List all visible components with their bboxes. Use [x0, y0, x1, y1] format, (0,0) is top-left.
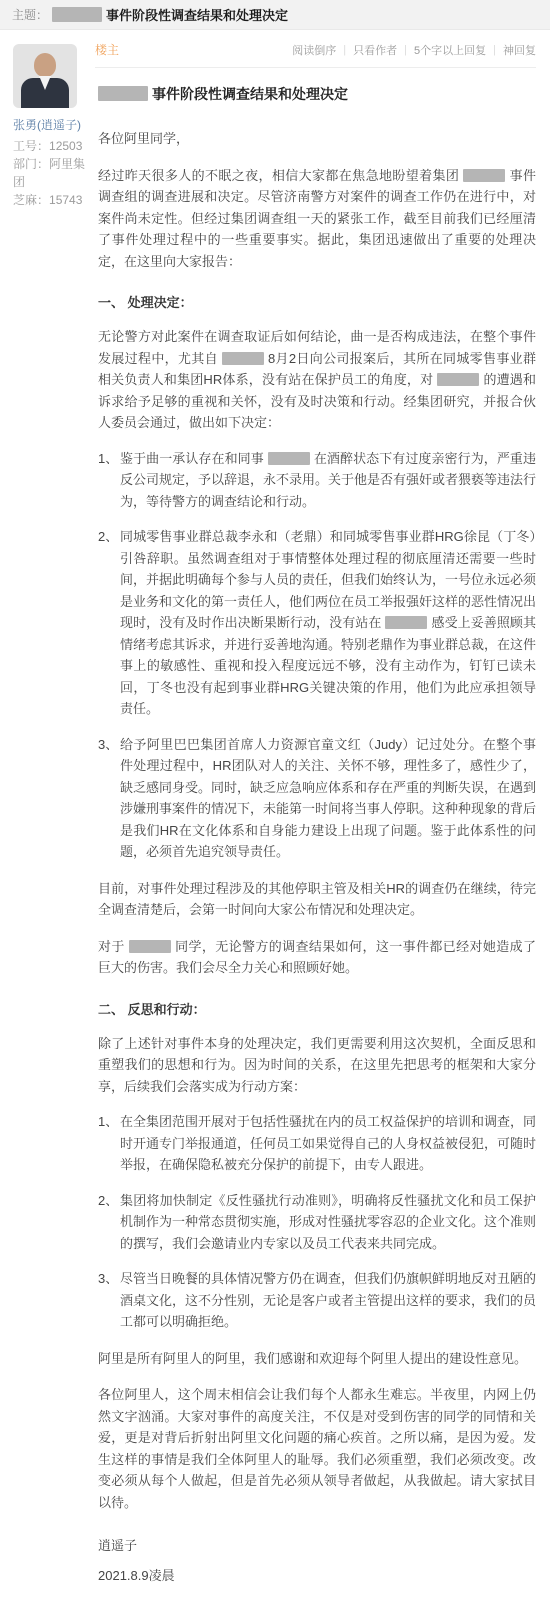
section1-heading: 一、 处理决定： — [98, 292, 536, 311]
action-item-1: 1、 在全集团范围开展对于包括性骚扰在内的员工权益保护的培训和调查，同时开通专门… — [98, 1111, 536, 1176]
item-text: 集团将加快制定《反性骚扰行动准则》，明确将反性骚扰文化和员工保护机制作为一种常态… — [120, 1190, 536, 1255]
subject-bar: 主题： 事件阶段性调查结果和处理决定 — [0, 0, 550, 30]
intro-paragraph: 经过昨天很多人的不眠之夜，相信大家都在焦急地盼望着集团事件调查组的调查进展和决定… — [98, 165, 536, 273]
link-separator: | — [343, 44, 346, 56]
sesame-label: 芝麻： — [13, 193, 49, 207]
post-header: 楼主 阅读倒序 | 只看作者 | 5个字以上回复 | 神回复 — [95, 30, 536, 68]
item-text: 鉴于曲一承认存在和同事在酒醉状态下有过度亲密行为，严重违反公司规定，予以辞退，永… — [120, 448, 536, 513]
link-long-replies[interactable]: 5个字以上回复 — [414, 42, 486, 58]
employee-id-label: 工号： — [13, 139, 49, 153]
item-number: 2、 — [98, 526, 120, 720]
section2-lead: 除了上述针对事件本身的处理决定，我们更需要利用这次契机，全面反思和重塑我们的思想… — [98, 1033, 536, 1098]
main-area: 张勇(逍遥子) 工号：12503 部门：阿里集团 芝麻：15743 楼主 阅读倒… — [0, 30, 550, 1600]
employee-id-value: 12503 — [49, 139, 82, 153]
author-name-link[interactable]: 张勇(逍遥子) — [13, 117, 95, 133]
feedback-welcome-paragraph: 阿里是所有阿里人的阿里，我们感谢和欢迎每个阿里人提出的建设性意见。 — [98, 1348, 536, 1370]
post-title: 事件阶段性调查结果和处理决定 — [98, 84, 536, 104]
floor-badge: 楼主 — [95, 41, 119, 58]
item-number: 1、 — [98, 448, 120, 513]
item-number: 1、 — [98, 1111, 120, 1176]
post-body: 事件阶段性调查结果和处理决定 各位阿里同学， 经过昨天很多人的不眠之夜，相信大家… — [95, 68, 536, 1600]
link-read-order[interactable]: 阅读倒序 — [292, 42, 336, 58]
link-best-replies[interactable]: 神回复 — [503, 42, 536, 58]
decision-item-1: 1、 鉴于曲一承认存在和同事在酒醉状态下有过度亲密行为，严重违反公司规定，予以辞… — [98, 448, 536, 513]
greeting: 各位阿里同学， — [98, 128, 536, 150]
redaction-block — [268, 452, 310, 465]
decision-item-3: 3、 给予阿里巴巴集团首席人力资源官童文红（Judy）记过处分。在整个事件处理过… — [98, 734, 536, 863]
victim-care-paragraph: 对于同学，无论警方的调查结果如何，这一事件都已经对她造成了巨大的伤害。我们会尽全… — [98, 936, 536, 979]
redaction-block — [52, 7, 102, 22]
item-text: 同城零售事业群总裁李永和（老鼎）和同城零售事业群HRG徐昆（丁冬）引咎辞职。虽然… — [120, 526, 536, 720]
section2-heading: 二、 反思和行动： — [98, 999, 536, 1018]
decision-item-2: 2、 同城零售事业群总裁李永和（老鼎）和同城零售事业群HRG徐昆（丁冬）引咎辞职… — [98, 526, 536, 720]
post-date: 2021.8.9凌晨 — [98, 1565, 536, 1600]
item-text: 尽管当日晚餐的具体情况警方仍在调查，但我们仍旗帜鲜明地反对丑陋的酒桌文化，这不分… — [120, 1268, 536, 1333]
action-list: 1、 在全集团范围开展对于包括性骚扰在内的员工权益保护的培训和调查，同时开通专门… — [98, 1111, 536, 1333]
redaction-block — [222, 352, 264, 365]
item-number: 3、 — [98, 734, 120, 863]
closing-paragraph: 各位阿里人，这个周末相信会让我们每个人都永生难忘。半夜里，内网上仍然文字汹涌。大… — [98, 1384, 536, 1513]
avatar[interactable] — [13, 44, 77, 108]
author-sesame-score: 芝麻：15743 — [13, 191, 95, 209]
link-author-only[interactable]: 只看作者 — [353, 42, 397, 58]
decision-list: 1、 鉴于曲一承认存在和同事在酒醉状态下有过度亲密行为，严重违反公司规定，予以辞… — [98, 448, 536, 863]
redaction-block — [437, 373, 479, 386]
author-info: 工号：12503 部门：阿里集团 芝麻：15743 — [13, 137, 95, 209]
redaction-block — [385, 616, 427, 629]
action-item-2: 2、 集团将加快制定《反性骚扰行动准则》，明确将反性骚扰文化和员工保护机制作为一… — [98, 1190, 536, 1255]
link-separator: | — [493, 44, 496, 56]
subject-label: 主题： — [12, 6, 48, 23]
redaction-block — [98, 86, 148, 101]
signature: 逍遥子 — [98, 1535, 536, 1557]
action-item-3: 3、 尽管当日晚餐的具体情况警方仍在调查，但我们仍旗帜鲜明地反对丑陋的酒桌文化，… — [98, 1268, 536, 1333]
ongoing-investigation-paragraph: 目前，对事件处理过程涉及的其他停职主管及相关HR的调查仍在继续，待完全调查清楚后… — [98, 878, 536, 921]
author-employee-id: 工号：12503 — [13, 137, 95, 155]
header-links: 阅读倒序 | 只看作者 | 5个字以上回复 | 神回复 — [292, 42, 536, 58]
link-separator: | — [404, 44, 407, 56]
author-department: 部门：阿里集团 — [13, 155, 95, 191]
avatar-head — [34, 53, 56, 77]
item-number: 2、 — [98, 1190, 120, 1255]
item-number: 3、 — [98, 1268, 120, 1333]
department-label: 部门： — [13, 157, 49, 171]
section1-lead: 无论警方对此案件在调查取证后如何结论，曲一是否构成违法，在整个事件发展过程中，尤… — [98, 326, 536, 434]
subject-title: 事件阶段性调查结果和处理决定 — [106, 5, 288, 24]
author-sidebar: 张勇(逍遥子) 工号：12503 部门：阿里集团 芝麻：15743 — [0, 30, 95, 209]
post-content-column: 楼主 阅读倒序 | 只看作者 | 5个字以上回复 | 神回复 事件阶段性调查结果… — [95, 30, 550, 1600]
item-text: 在全集团范围开展对于包括性骚扰在内的员工权益保护的培训和调查，同时开通专门举报通… — [120, 1111, 536, 1176]
sesame-value: 15743 — [49, 193, 82, 207]
item-text: 给予阿里巴巴集团首席人力资源官童文红（Judy）记过处分。在整个事件处理过程中，… — [120, 734, 536, 863]
redaction-block — [129, 940, 171, 953]
redaction-block — [463, 169, 505, 182]
